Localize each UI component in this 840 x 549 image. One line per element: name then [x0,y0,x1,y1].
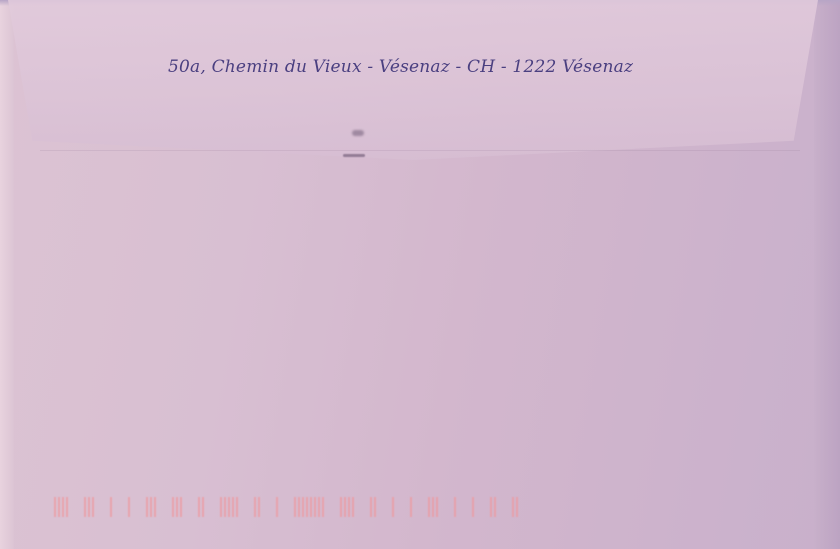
barcode-bar [516,497,518,517]
barcode-bar [314,497,316,517]
barcode-bar [232,497,234,517]
barcode-bar [150,497,152,517]
barcode-bar [410,497,412,517]
barcode-bar [432,497,434,517]
barcode-bar [428,497,430,517]
return-address: 50a, Chemin du Vieux - Vésenaz - CH - 12… [168,57,678,77]
barcode-bar [84,497,86,517]
barcode-bar [146,497,148,517]
flap-crease [40,150,800,151]
barcode-bar [276,497,278,517]
barcode-bar [512,497,514,517]
barcode-bar [340,497,342,517]
barcode-bar [198,497,200,517]
barcode-bar [258,497,260,517]
envelope-right-edge [814,0,840,549]
barcode-bar [224,497,226,517]
barcode-bar [370,497,372,517]
barcode-bar [344,497,346,517]
barcode-bar [454,497,456,517]
barcode-bar [92,497,94,517]
postal-sorting-barcode [54,497,564,517]
barcode-bar [66,497,68,517]
barcode-bar [318,497,320,517]
barcode-bar [202,497,204,517]
barcode-bar [348,497,350,517]
barcode-bar [128,497,130,517]
barcode-bar [298,497,300,517]
barcode-bar [254,497,256,517]
barcode-bar [228,497,230,517]
barcode-bar [306,497,308,517]
barcode-bar [302,497,304,517]
barcode-bar [322,497,324,517]
barcode-bar [176,497,178,517]
ink-mark [343,154,365,157]
barcode-bar [172,497,174,517]
envelope-flap [8,0,818,160]
barcode-bar [110,497,112,517]
barcode-bar [294,497,296,517]
barcode-bar [392,497,394,517]
barcode-bar [472,497,474,517]
envelope-left-edge [0,0,14,549]
barcode-bar [436,497,438,517]
barcode-bar [54,497,56,517]
barcode-bar [58,497,60,517]
barcode-bar [220,497,222,517]
envelope-back: 50a, Chemin du Vieux - Vésenaz - CH - 12… [0,0,840,549]
barcode-bar [352,497,354,517]
barcode-bar [490,497,492,517]
ink-smudge [352,130,364,136]
barcode-bar [62,497,64,517]
barcode-bar [236,497,238,517]
barcode-bar [180,497,182,517]
barcode-bar [374,497,376,517]
barcode-bar [494,497,496,517]
barcode-bar [154,497,156,517]
barcode-bar [88,497,90,517]
barcode-bar [310,497,312,517]
